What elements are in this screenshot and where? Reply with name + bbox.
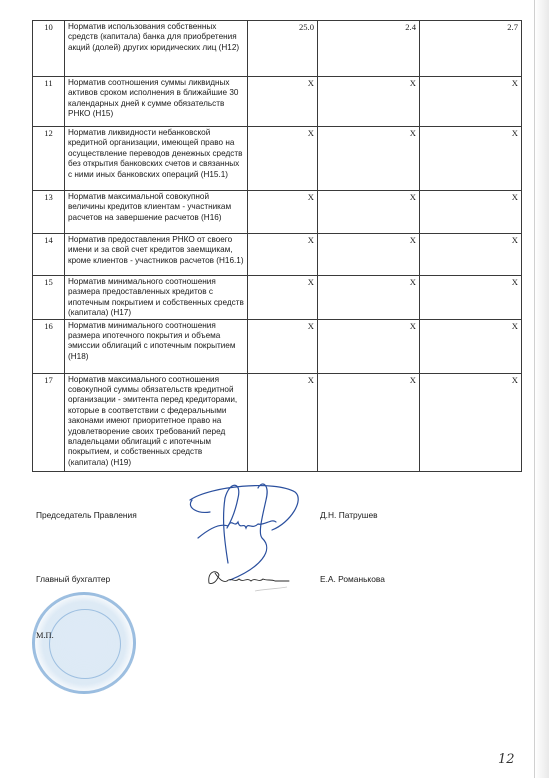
- ratio-name: Норматив максимальной совокупной величин…: [65, 191, 248, 234]
- chairman-name: Д.Н. Патрушев: [320, 510, 378, 520]
- ratio-value-1: X: [248, 319, 318, 373]
- ratio-value-3: X: [420, 234, 522, 276]
- table-row: 14Норматив предоставления РНКО от своего…: [33, 234, 522, 276]
- table-row: 10Норматив использования собственных сре…: [33, 21, 522, 77]
- ratio-value-3: X: [420, 373, 522, 471]
- ratio-value-2: X: [318, 373, 420, 471]
- accountant-name: Е.А. Романькова: [320, 574, 385, 584]
- ratio-value-2: X: [318, 234, 420, 276]
- ratios-table: 10Норматив использования собственных сре…: [32, 20, 522, 472]
- ratio-value-3: 2.7: [420, 21, 522, 77]
- accountant-title: Главный бухгалтер: [36, 574, 110, 584]
- ratio-value-3: X: [420, 276, 522, 320]
- ratio-value-1: X: [248, 234, 318, 276]
- row-number: 11: [33, 77, 65, 127]
- ratio-value-2: X: [318, 127, 420, 191]
- ratio-name: Норматив соотношения суммы ликвидных акт…: [65, 77, 248, 127]
- table-row: 15Норматив минимального соотношения разм…: [33, 276, 522, 320]
- ratio-value-3: X: [420, 191, 522, 234]
- table-row: 11Норматив соотношения суммы ликвидных а…: [33, 77, 522, 127]
- company-seal: [32, 592, 136, 694]
- ratio-name: Норматив минимального соотношения размер…: [65, 319, 248, 373]
- table-row: 17Норматив максимального соотношения сов…: [33, 373, 522, 471]
- ratio-value-2: X: [318, 319, 420, 373]
- ratio-value-1: 25.0: [248, 21, 318, 77]
- scan-edge-shadow: [535, 0, 549, 778]
- ratio-value-2: X: [318, 191, 420, 234]
- table-row: 13Норматив максимальной совокупной велич…: [33, 191, 522, 234]
- ratio-name: Норматив использования собственных средс…: [65, 21, 248, 77]
- row-number: 17: [33, 373, 65, 471]
- accountant-signature: [205, 565, 295, 595]
- chairman-title: Председатель Правления: [36, 510, 137, 520]
- ratio-value-3: X: [420, 77, 522, 127]
- ratio-value-3: X: [420, 127, 522, 191]
- row-number: 15: [33, 276, 65, 320]
- ratio-value-3: X: [420, 319, 522, 373]
- ratio-value-2: 2.4: [318, 21, 420, 77]
- ratio-name: Норматив ликвидности небанковской кредит…: [65, 127, 248, 191]
- ratio-name: Норматив минимального соотношения размер…: [65, 276, 248, 320]
- ratio-value-1: X: [248, 373, 318, 471]
- row-number: 13: [33, 191, 65, 234]
- row-number: 14: [33, 234, 65, 276]
- ratio-value-1: X: [248, 191, 318, 234]
- page-number: 12: [498, 752, 515, 767]
- ratio-value-2: X: [318, 276, 420, 320]
- row-number: 10: [33, 21, 65, 77]
- row-number: 16: [33, 319, 65, 373]
- ratio-value-1: X: [248, 77, 318, 127]
- table-row: 16Норматив минимального соотношения разм…: [33, 319, 522, 373]
- seal-label: М.П.: [36, 631, 54, 640]
- ratio-name: Норматив максимального соотношения совок…: [65, 373, 248, 471]
- ratio-value-1: X: [248, 127, 318, 191]
- ratio-value-2: X: [318, 77, 420, 127]
- table-row: 12Норматив ликвидности небанковской кред…: [33, 127, 522, 191]
- ratio-value-1: X: [248, 276, 318, 320]
- row-number: 12: [33, 127, 65, 191]
- ratio-name: Норматив предоставления РНКО от своего и…: [65, 234, 248, 276]
